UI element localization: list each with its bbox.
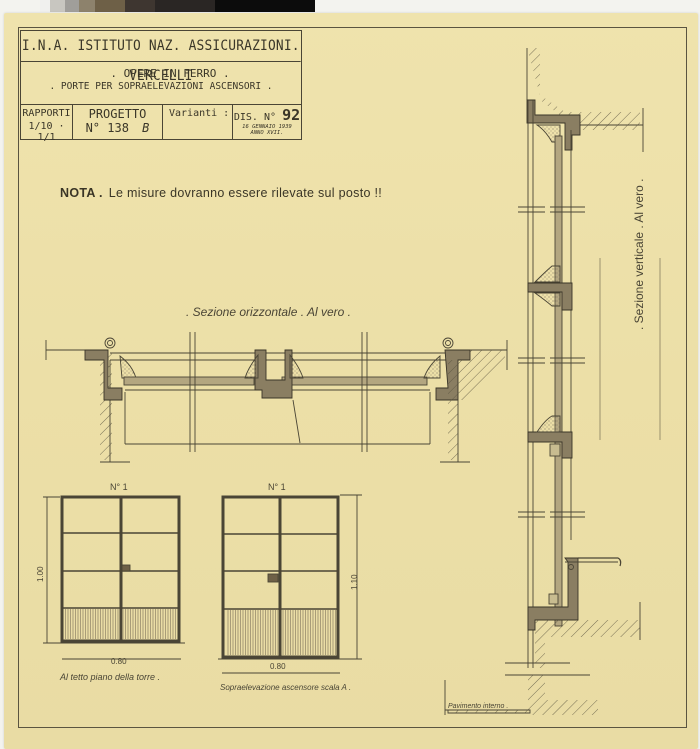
door-2-elevation <box>218 495 362 673</box>
technical-drawing <box>0 0 700 749</box>
door-1-elevation <box>43 497 185 659</box>
horizontal-section-drawing <box>46 332 507 462</box>
